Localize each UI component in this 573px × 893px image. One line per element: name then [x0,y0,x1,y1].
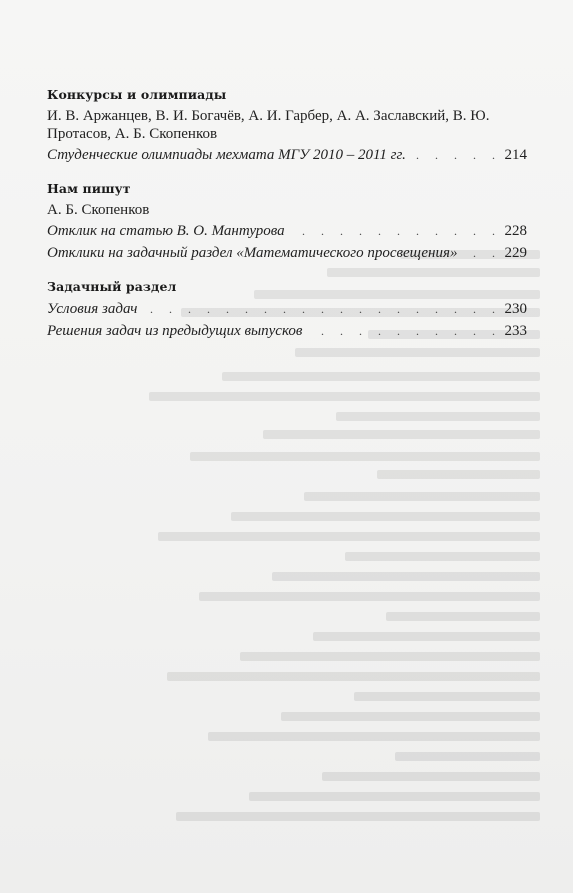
bleed-through-line [208,732,540,741]
bleed-through-line [272,572,540,581]
toc-section-problems: Задачный раздел Условия задач . . . . . … [47,278,527,341]
toc-entry[interactable]: Условия задач . . . . . . . . . . . . . … [47,299,527,319]
bleed-through-line [322,772,540,781]
dot-leader: . . . . . . . . . . . . . . . . . . . . … [409,145,502,165]
toc-entry[interactable]: Отклики на задачный раздел «Математическ… [47,243,527,263]
page-number: 233 [505,321,528,341]
bleed-through-line [377,470,540,479]
section-title: Нам пишут [47,180,527,197]
page-number: 214 [505,145,528,165]
document-page: Конкурсы и олимпиады И. В. Аржанцев, В. … [0,0,573,893]
entry-title: Условия задач [47,299,137,319]
bleed-through-line [167,672,540,681]
toc-entry[interactable]: Студенческие олимпиады мехмата МГУ 2010 … [47,145,527,165]
entry-title: Студенческие олимпиады мехмата МГУ 2010 … [47,145,406,165]
section-title: Задачный раздел [47,278,527,295]
bleed-through-line [158,532,540,541]
authors-line: И. В. Аржанцев, В. И. Богачёв, А. И. Гар… [47,107,527,143]
toc-section-letters: Нам пишут А. Б. Скопенков Отклик на стат… [47,180,527,263]
bleed-through-line [249,792,540,801]
dot-leader: . . . . . . . . . . . . . . . . . . . . … [460,243,501,263]
section-title: Конкурсы и олимпиады [47,86,527,103]
authors-line: А. Б. Скопенков [47,201,527,219]
page-number: 230 [505,299,528,319]
bleed-through-line [176,812,540,821]
bleed-through-line [222,372,540,381]
bleed-through-line [240,652,540,661]
bleed-through-line [263,430,540,439]
toc-section-contests: Конкурсы и олимпиады И. В. Аржанцев, В. … [47,86,527,165]
bleed-through-line [395,752,540,761]
entry-title: Отклики на задачный раздел «Математическ… [47,243,457,263]
toc-entry[interactable]: Решения задач из предыдущих выпусков . .… [47,321,527,341]
bleed-through-line [313,632,540,641]
bleed-through-line [336,412,540,421]
bleed-through-line [281,712,540,721]
bleed-through-line [199,592,540,601]
page-number: 228 [505,221,528,241]
bleed-through-line [386,612,540,621]
bleed-through-line [354,692,540,701]
bleed-through-line [304,492,540,501]
table-of-contents: Конкурсы и олимпиады И. В. Аржанцев, В. … [47,86,527,356]
bleed-through-line [149,392,540,401]
bleed-through-line [190,452,540,461]
bleed-through-line [345,552,540,561]
dot-leader: . . . . . . . . . . . . . . . . . . . . … [288,221,502,241]
page-number: 229 [505,243,528,263]
entry-title: Отклик на статью В. О. Мантурова [47,221,285,241]
dot-leader: . . . . . . . . . . . . . . . . . . . . … [305,321,501,341]
bleed-through-line [231,512,540,521]
dot-leader: . . . . . . . . . . . . . . . . . . . . … [140,299,501,319]
toc-entry[interactable]: Отклик на статью В. О. Мантурова . . . .… [47,221,527,241]
entry-title: Решения задач из предыдущих выпусков [47,321,302,341]
